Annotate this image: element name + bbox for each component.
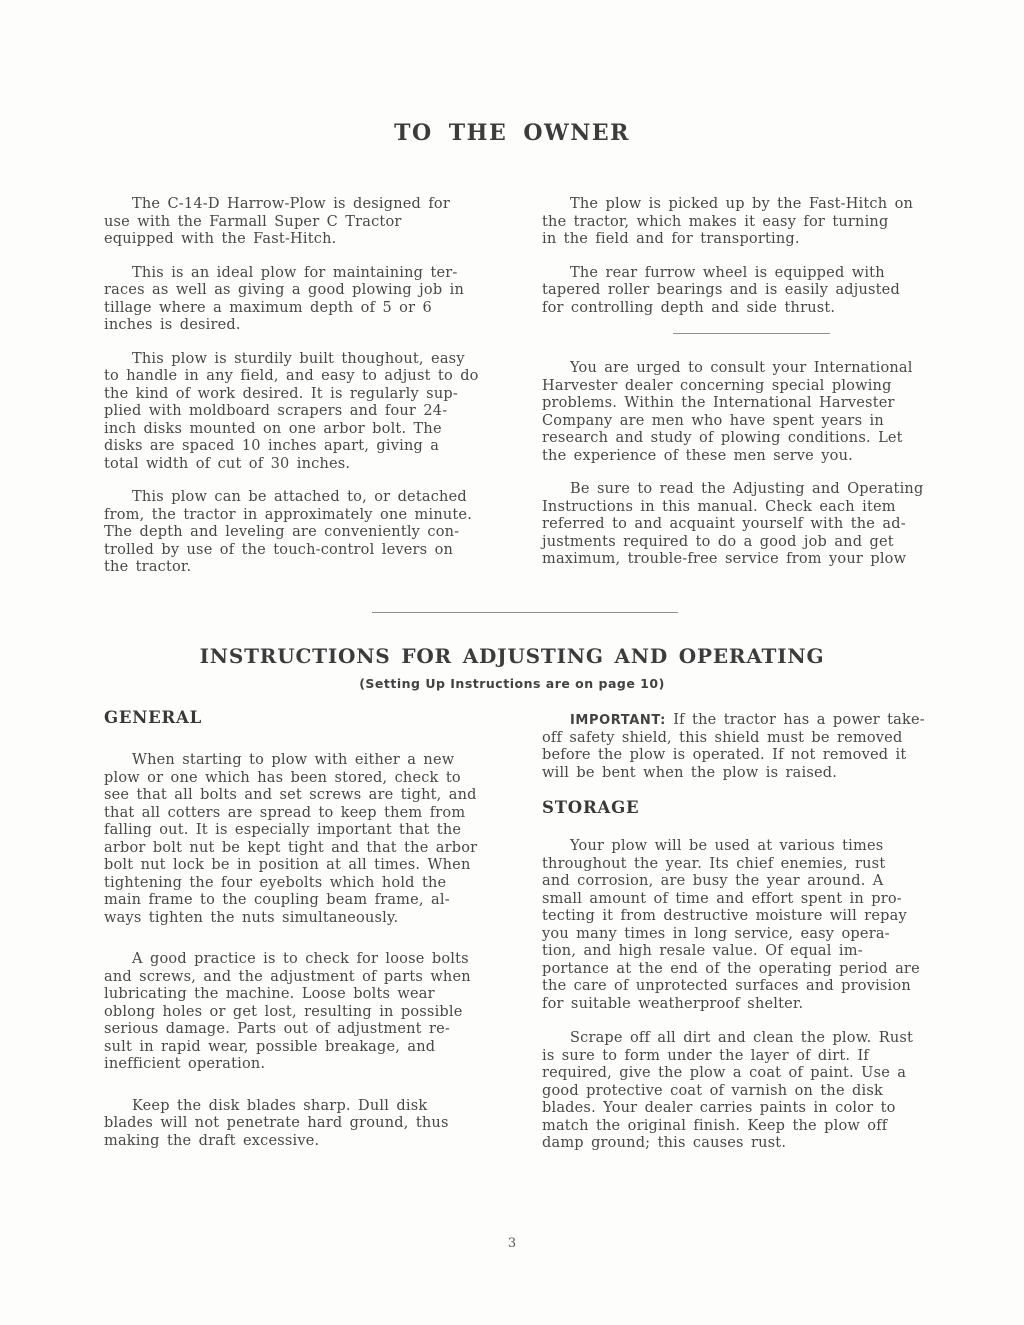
owner-column-right: The plow is picked up by the Fast-Hitch … <box>542 196 960 585</box>
storage-heading: STORAGE <box>542 798 960 818</box>
paragraph: Keep the disk blades sharp. Dull disk bl… <box>104 1098 522 1151</box>
paragraph: This plow can be attached to, or detache… <box>104 489 522 577</box>
paragraph: The plow is picked up by the Fast-Hitch … <box>542 196 960 249</box>
paragraph: Scrape off all dirt and clean the plow. … <box>542 1030 960 1153</box>
paragraph: A good practice is to check for loose bo… <box>104 951 522 1074</box>
paragraph: Your plow will be used at various times … <box>542 838 960 1013</box>
paragraph: You are urged to consult your Internatio… <box>542 360 960 465</box>
owner-column-left: The C-14-D Harrow-Plow is designed for u… <box>104 196 522 593</box>
paragraph: This is an ideal plow for maintaining te… <box>104 265 522 335</box>
page-title: TO THE OWNER <box>0 120 1024 146</box>
instructions-section-subheading: (Setting Up Instructions are on page 10) <box>0 676 1024 691</box>
storage-column: IMPORTANT: If the tractor has a power ta… <box>542 712 960 1177</box>
important-label: IMPORTANT: <box>570 713 666 728</box>
general-column: GENERAL When starting to plow with eithe… <box>104 708 522 1174</box>
paragraph: The C-14-D Harrow-Plow is designed for u… <box>104 196 522 249</box>
column-divider-rule <box>673 333 830 334</box>
important-paragraph: IMPORTANT: If the tractor has a power ta… <box>542 712 960 782</box>
section-divider-rule <box>372 612 678 613</box>
paragraph: The rear furrow wheel is equipped with t… <box>542 265 960 318</box>
paragraph: When starting to plow with either a new … <box>104 752 522 927</box>
paragraph: This plow is sturdily built thoughout, e… <box>104 351 522 474</box>
general-heading: GENERAL <box>104 708 522 728</box>
manual-page: TO THE OWNER The C-14-D Harrow-Plow is d… <box>0 0 1024 1325</box>
paragraph: Be sure to read the Adjusting and Operat… <box>542 481 960 569</box>
page-number: 3 <box>0 1236 1024 1251</box>
instructions-section-heading: INSTRUCTIONS FOR ADJUSTING AND OPERATING <box>0 644 1024 668</box>
